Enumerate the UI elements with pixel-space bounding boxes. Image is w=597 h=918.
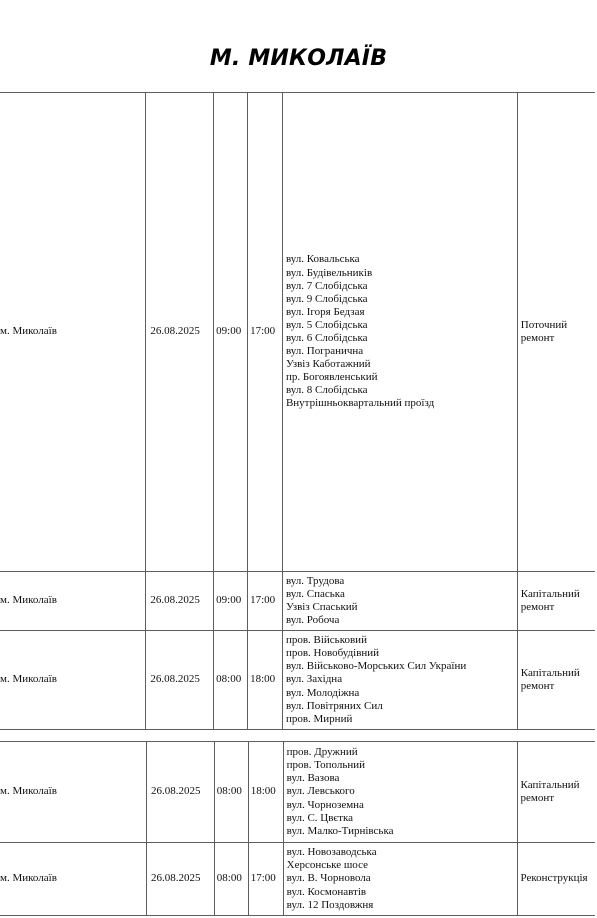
street-item: Херсонське шосе <box>287 859 514 872</box>
street-item: вул. Молодіжна <box>286 687 514 700</box>
city-cell: м. Миколаїв <box>0 742 146 843</box>
street-item: вул. 6 Слобідська <box>286 332 514 345</box>
street-item: вул. Левського <box>287 785 514 798</box>
street-item: вул. Вазова <box>287 772 514 785</box>
street-item: вул. Повітряних Сил <box>286 700 514 713</box>
street-item: вул. Погранична <box>286 345 514 358</box>
table-row: м. Миколаїв 26.08.2025 08:00 18:00 пров.… <box>0 742 595 843</box>
end-time-cell: 17:00 <box>248 93 283 572</box>
date-cell: 26.08.2025 <box>146 843 214 916</box>
streets-cell: пров. Військовийпров. Новобудівнийвул. В… <box>282 631 517 730</box>
street-item: пр. Богоявленський <box>286 371 514 384</box>
city-cell: м. Миколаїв <box>0 93 146 572</box>
end-time-cell: 18:00 <box>248 742 283 843</box>
street-item: вул. Західна <box>286 673 514 686</box>
street-item: вул. Військово-Морських Сил України <box>286 660 514 673</box>
start-time-cell: 08:00 <box>214 843 248 916</box>
street-item: вул. Ковальська <box>286 253 514 266</box>
city-cell: м. Миколаїв <box>0 843 146 916</box>
work-type-cell: Капітальний ремонт <box>517 742 595 843</box>
work-type-cell: Реконструкція <box>517 843 595 916</box>
city-cell: м. Миколаїв <box>0 631 146 730</box>
page-title: М. МИКОЛАЇВ <box>0 46 597 71</box>
end-time-cell: 17:00 <box>248 572 283 631</box>
date-cell: 26.08.2025 <box>146 572 214 631</box>
start-time-cell: 09:00 <box>214 572 248 631</box>
end-time-cell: 18:00 <box>248 631 283 730</box>
schedule-table-1: м. Миколаїв 26.08.2025 09:00 17:00 вул. … <box>0 92 595 730</box>
street-item: вул. Новозаводська <box>287 846 514 859</box>
streets-cell: вул. Трудовавул. СпаськаУзвіз Спаськийву… <box>282 572 517 631</box>
end-time-cell: 17:00 <box>248 843 283 916</box>
street-item: вул. 5 Слобідська <box>286 319 514 332</box>
street-item: вул. В. Чорновола <box>287 872 514 885</box>
street-item: вул. Ігоря Бедзая <box>286 306 514 319</box>
street-item: вул. С. Цвєтка <box>287 812 514 825</box>
street-item: вул. Трудова <box>286 575 514 588</box>
street-item: вул. Будівельників <box>286 267 514 280</box>
street-item: вул. Чорноземна <box>287 799 514 812</box>
table-row: м. Миколаїв 26.08.2025 09:00 17:00 вул. … <box>0 93 595 572</box>
table-row: м. Миколаїв 26.08.2025 08:00 18:00 пров.… <box>0 631 595 730</box>
date-cell: 26.08.2025 <box>146 742 214 843</box>
street-item: вул. 8 Слобідська <box>286 384 514 397</box>
street-item: пров. Мирний <box>286 713 514 726</box>
date-cell: 26.08.2025 <box>146 631 214 730</box>
street-item: вул. Робоча <box>286 614 514 627</box>
start-time-cell: 08:00 <box>214 742 248 843</box>
street-item: пров. Дружний <box>287 746 514 759</box>
city-cell: м. Миколаїв <box>0 572 146 631</box>
street-item: вул. Спаська <box>286 588 514 601</box>
street-item: Узвіз Спаський <box>286 601 514 614</box>
table-row: м. Миколаїв 26.08.2025 09:00 17:00 вул. … <box>0 572 595 631</box>
street-item: Узвіз Каботажний <box>286 358 514 371</box>
street-item: вул. Космонавтів <box>287 886 514 899</box>
start-time-cell: 08:00 <box>214 631 248 730</box>
work-type-cell: Капітальний ремонт <box>517 572 595 631</box>
streets-cell: вул. Ковальськавул. Будівельниківвул. 7 … <box>282 93 517 572</box>
street-item: вул. Малко-Тирнівська <box>287 825 514 838</box>
work-type-cell: Поточний ремонт <box>517 93 595 572</box>
street-item: вул. 9 Слобідська <box>286 293 514 306</box>
table-row: м. Миколаїв 26.08.2025 08:00 17:00 вул. … <box>0 843 595 916</box>
streets-cell: пров. Дружнийпров. Топольнийвул. Вазовав… <box>283 742 517 843</box>
street-item: пров. Новобудівний <box>286 647 514 660</box>
work-type-cell: Капітальний ремонт <box>517 631 595 730</box>
street-item: вул. 7 Слобідська <box>286 280 514 293</box>
street-item: Внутрішньоквартальний проїзд <box>286 397 514 410</box>
streets-cell: вул. НовозаводськаХерсонське шосевул. В.… <box>283 843 517 916</box>
start-time-cell: 09:00 <box>214 93 248 572</box>
schedule-table-2: м. Миколаїв 26.08.2025 08:00 18:00 пров.… <box>0 741 595 916</box>
street-item: пров. Військовий <box>286 634 514 647</box>
date-cell: 26.08.2025 <box>146 93 214 572</box>
street-item: пров. Топольний <box>287 759 514 772</box>
street-item: вул. 12 Поздовжня <box>287 899 514 912</box>
